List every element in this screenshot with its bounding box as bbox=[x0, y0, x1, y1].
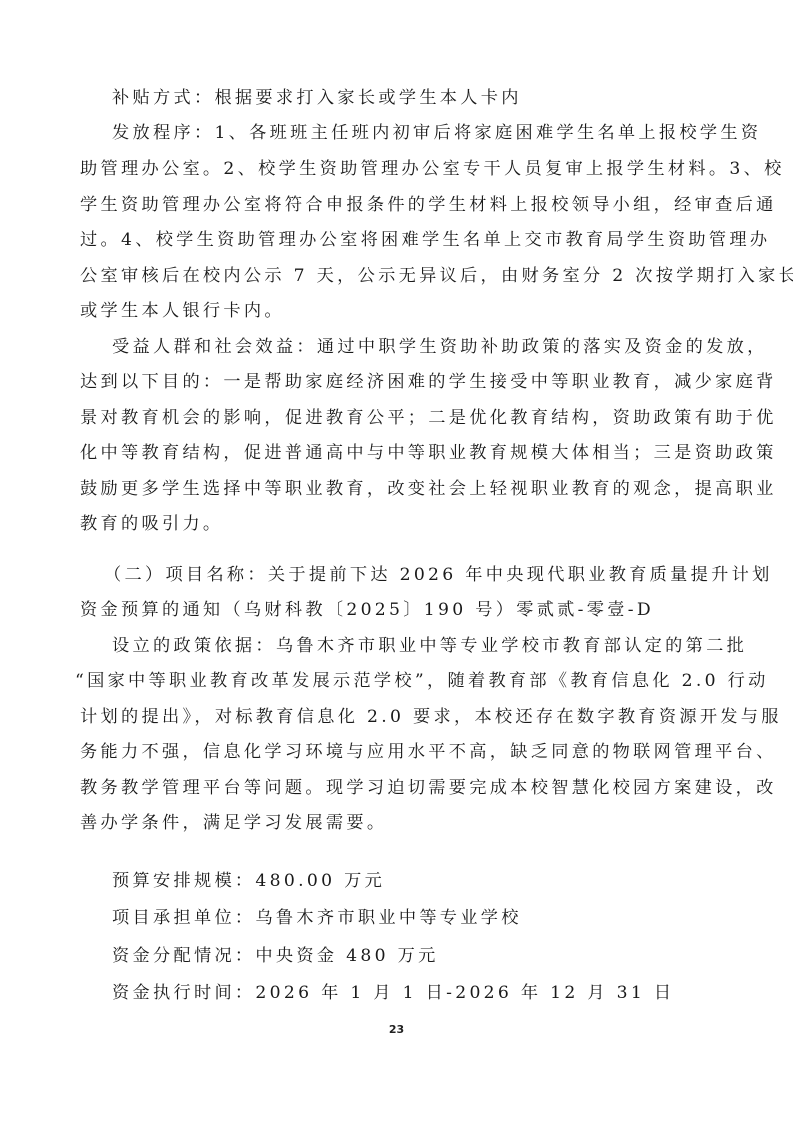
project-name-heading: （二）项目名称：关于提前下达 2026 年中央现代职业教育质量提升计划 bbox=[104, 563, 714, 587]
paragraph-line: “国家中等职业教育改革发展示范学校”，随着教育部《教育信息化 2.0 行动 bbox=[75, 669, 714, 693]
beneficiaries-line: 受益人群和社会效益：通过中职学生资助补助政策的落实及资金的发放， bbox=[112, 335, 714, 359]
paragraph-line: 助管理办公室。2、校学生资助管理办公室专干人员复审上报学生材料。3、校 bbox=[80, 157, 714, 181]
distribution-procedure-line: 发放程序：1、各班班主任班内初审后将家庭困难学生名单上报校学生资 bbox=[112, 121, 714, 145]
execution-period-line: 资金执行时间：2026 年 1 月 1 日-2026 年 12 月 31 日 bbox=[112, 981, 714, 1005]
paragraph-line: 教育的吸引力。 bbox=[80, 512, 714, 536]
subsidy-method-line: 补贴方式：根据要求打入家长或学生本人卡内 bbox=[112, 86, 714, 110]
paragraph-line: 公室审核后在校内公示 7 天，公示无异议后，由财务室分 2 次按学期打入家长 bbox=[80, 264, 714, 288]
budget-scale-line: 预算安排规模：480.00 万元 bbox=[112, 869, 714, 893]
paragraph-line: 学生资助管理办公室将符合申报条件的学生材料上报校领导小组，经审查后通 bbox=[80, 193, 714, 217]
paragraph-line: 计划的提出》，对标教育信息化 2.0 要求，本校还存在数字教育资源开发与服 bbox=[80, 705, 714, 729]
paragraph-line: 景对教育机会的影响，促进教育公平；二是优化教育结构，资助政策有助于优 bbox=[80, 406, 714, 430]
responsible-unit-line: 项目承担单位：乌鲁木齐市职业中等专业学校 bbox=[112, 906, 714, 930]
paragraph-line: 善办学条件，满足学习发展需要。 bbox=[80, 811, 714, 835]
fund-allocation-line: 资金分配情况：中央资金 480 万元 bbox=[112, 944, 714, 968]
paragraph-line: 达到以下目的：一是帮助家庭经济困难的学生接受中等职业教育，减少家庭背 bbox=[80, 370, 714, 394]
project-name-continuation: 资金预算的通知（乌财科教〔2025〕190 号）零贰贰-零壹-D bbox=[80, 598, 714, 622]
document-page: 补贴方式：根据要求打入家长或学生本人卡内 发放程序：1、各班班主任班内初审后将家… bbox=[0, 0, 793, 1122]
paragraph-line: 务能力不强，信息化学习环境与应用水平不高，缺乏同意的物联网管理平台、 bbox=[80, 740, 714, 764]
page-number: 23 bbox=[0, 1023, 793, 1036]
paragraph-line: 鼓励更多学生选择中等职业教育，改变社会上轻视职业教育的观念，提高职业 bbox=[80, 477, 714, 501]
paragraph-line: 化中等教育结构，促进普通高中与中等职业教育规模大体相当；三是资助政策 bbox=[80, 441, 714, 465]
paragraph-line: 或学生本人银行卡内。 bbox=[80, 299, 714, 323]
policy-basis-line: 设立的政策依据：乌鲁木齐市职业中等专业学校市教育部认定的第二批 bbox=[112, 634, 714, 658]
paragraph-line: 过。4、校学生资助管理办公室将困难学生名单上交市教育局学生资助管理办 bbox=[80, 228, 714, 252]
paragraph-line: 教务教学管理平台等问题。现学习迫切需要完成本校智慧化校园方案建设，改 bbox=[80, 776, 714, 800]
